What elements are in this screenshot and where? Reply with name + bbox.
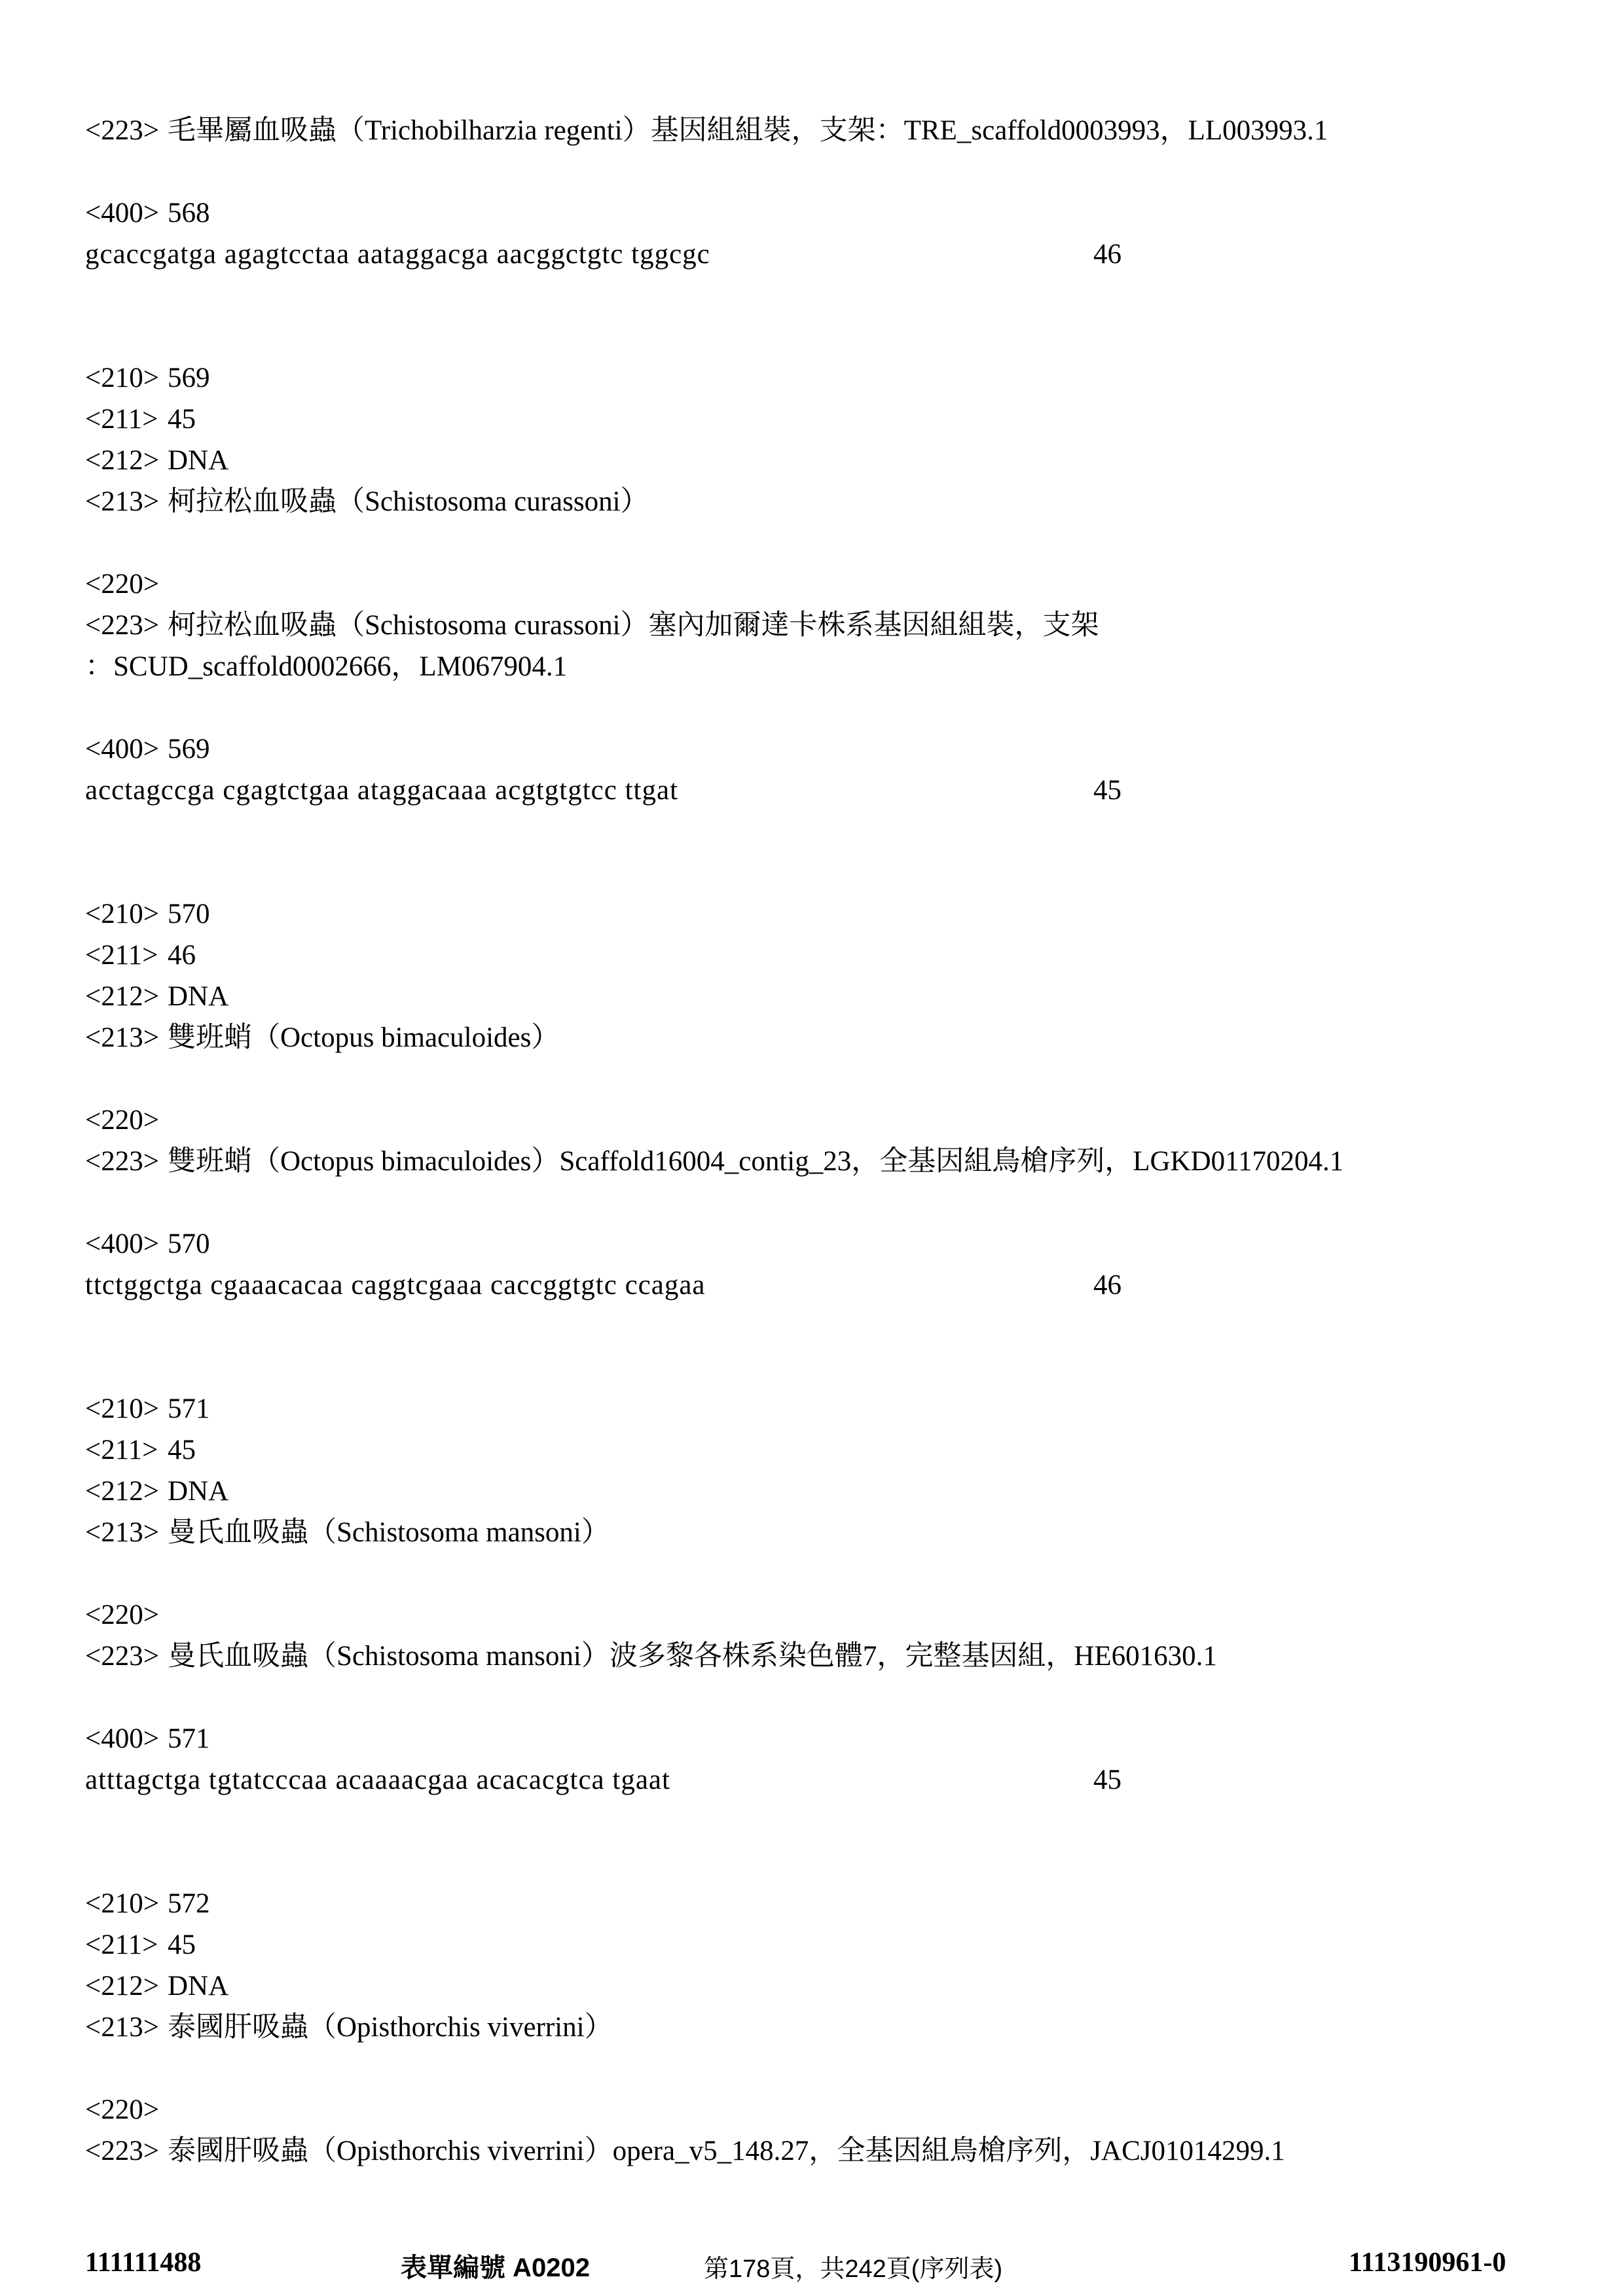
tag-line: <220> <box>85 1594 1552 1636</box>
tag-line: <211>46 <box>85 935 1552 976</box>
sequence-text: ttctggctga cgaaacacaa caggtcgaaa caccggt… <box>85 1270 706 1300</box>
tag-line: <220> <box>85 1100 1552 1141</box>
blank-line <box>85 1182 1552 1223</box>
numeric-identifier-tag: <223> <box>85 1636 168 1677</box>
line-text: 45 <box>168 1929 196 1960</box>
tag-line: <223>曼氏血吸蟲（Schistosoma mansoni）波多黎各株系染色體… <box>85 1636 1552 1677</box>
blank-line <box>85 2048 1552 2089</box>
sequence-length: 46 <box>1093 1265 1122 1306</box>
line-text: 45 <box>168 1435 196 1465</box>
line-text: ：SCUD_scaffold0002666，LM067904.1 <box>85 651 567 682</box>
line-text: 571 <box>168 1723 210 1754</box>
tag-line: <210>571 <box>85 1388 1552 1429</box>
line-text: DNA <box>168 1476 228 1507</box>
line-text: 572 <box>168 1888 210 1919</box>
numeric-identifier-tag: <220> <box>85 2089 168 2130</box>
tag-line: <212>DNA <box>85 976 1552 1017</box>
blank-line <box>85 1058 1552 1100</box>
numeric-identifier-tag: <213> <box>85 2007 168 2048</box>
numeric-identifier-tag: <212> <box>85 1965 168 2007</box>
tag-line: <213>柯拉松血吸蟲（Schistosoma curassoni） <box>85 481 1552 522</box>
tag-line: <210>572 <box>85 1883 1552 1924</box>
numeric-identifier-tag: <212> <box>85 440 168 481</box>
numeric-identifier-tag: <213> <box>85 1512 168 1553</box>
blank-line <box>85 1801 1552 1842</box>
numeric-identifier-tag: <223> <box>85 2130 168 2172</box>
line-text: 568 <box>168 198 210 228</box>
continuation-line: ：SCUD_scaffold0002666，LM067904.1 <box>85 646 1552 687</box>
numeric-identifier-tag: <212> <box>85 976 168 1017</box>
numeric-identifier-tag: <210> <box>85 893 168 935</box>
page-number-info: 第178頁，共242頁(序列表) <box>704 2248 1002 2284</box>
tag-line: <212>DNA <box>85 1965 1552 2007</box>
blank-line <box>85 1553 1552 1594</box>
line-text: 毛畢屬血吸蟲（Trichobilharzia regenti）基因組組裝，支架：… <box>168 115 1328 146</box>
numeric-identifier-tag: <223> <box>85 110 168 151</box>
line-text: 泰國肝吸蟲（Opisthorchis viverrini） <box>168 2012 613 2043</box>
document-number: 1113190961-0 <box>1349 2247 1506 2278</box>
tag-line: <212>DNA <box>85 440 1552 481</box>
numeric-identifier-tag: <210> <box>85 357 168 399</box>
numeric-identifier-tag: <220> <box>85 564 168 605</box>
tag-line: <213>雙班蛸（Octopus bimaculoides） <box>85 1017 1552 1058</box>
application-number: 111111488 <box>85 2247 201 2278</box>
tag-line: <213>曼氏血吸蟲（Schistosoma mansoni） <box>85 1512 1552 1553</box>
numeric-identifier-tag: <220> <box>85 1100 168 1141</box>
blank-line <box>85 1347 1552 1388</box>
sequence-text: atttagctga tgtatcccaa acaaaacgaa acacacg… <box>85 1765 670 1795</box>
tag-line: <211>45 <box>85 399 1552 440</box>
numeric-identifier-tag: <210> <box>85 1883 168 1924</box>
line-text: 曼氏血吸蟲（Schistosoma mansoni） <box>168 1517 610 1548</box>
tag-line: <220> <box>85 2089 1552 2130</box>
line-text: 569 <box>168 734 210 764</box>
line-text: 雙班蛸（Octopus bimaculoides） <box>168 1022 559 1053</box>
numeric-identifier-tag: <220> <box>85 1594 168 1636</box>
sequence-text: acctagccga cgagtctgaa ataggacaaa acgtgtg… <box>85 775 678 806</box>
numeric-identifier-tag: <210> <box>85 1388 168 1429</box>
tag-line: <212>DNA <box>85 1471 1552 1512</box>
numeric-identifier-tag: <211> <box>85 1429 168 1471</box>
line-text: 569 <box>168 363 210 393</box>
line-text: 46 <box>168 940 196 971</box>
tag-line: <400>568 <box>85 192 1552 234</box>
page-footer: 111111488 表單編號 A0202 第178頁，共242頁(序列表) 11… <box>0 2242 1623 2287</box>
tag-line: <210>570 <box>85 893 1552 935</box>
numeric-identifier-tag: <213> <box>85 481 168 522</box>
blank-line <box>85 811 1552 852</box>
tag-line: <211>45 <box>85 1429 1552 1471</box>
form-number-label: 表單編號 A0202 <box>401 2247 590 2284</box>
numeric-identifier-tag: <223> <box>85 1141 168 1182</box>
tag-line: <223>柯拉松血吸蟲（Schistosoma curassoni）塞內加爾達卡… <box>85 605 1552 646</box>
sequence-listing-content: <223>毛畢屬血吸蟲（Trichobilharzia regenti）基因組組… <box>85 110 1552 2172</box>
sequence-line: acctagccga cgagtctgaa ataggacaaa acgtgtg… <box>85 770 1552 811</box>
line-text: 曼氏血吸蟲（Schistosoma mansoni）波多黎各株系染色體7，完整基… <box>168 1641 1217 1672</box>
blank-line <box>85 852 1552 893</box>
sequence-text: gcaccgatga agagtcctaa aataggacga aacggct… <box>85 239 710 270</box>
sequence-line: atttagctga tgtatcccaa acaaaacgaa acacacg… <box>85 1759 1552 1801</box>
line-text: DNA <box>168 445 228 476</box>
numeric-identifier-tag: <211> <box>85 935 168 976</box>
tag-line: <210>569 <box>85 357 1552 399</box>
sequence-line: ttctggctga cgaaacacaa caggtcgaaa caccggt… <box>85 1265 1552 1306</box>
numeric-identifier-tag: <211> <box>85 399 168 440</box>
tag-line: <223>泰國肝吸蟲（Opisthorchis viverrini）opera_… <box>85 2130 1552 2172</box>
tag-line: <211>45 <box>85 1924 1552 1965</box>
blank-line <box>85 316 1552 357</box>
line-text: 45 <box>168 404 196 435</box>
line-text: 570 <box>168 1229 210 1259</box>
blank-line <box>85 522 1552 564</box>
tag-line: <223>毛畢屬血吸蟲（Trichobilharzia regenti）基因組組… <box>85 110 1552 151</box>
tag-line: <400>569 <box>85 728 1552 770</box>
line-text: 泰國肝吸蟲（Opisthorchis viverrini）opera_v5_14… <box>168 2136 1285 2166</box>
blank-line <box>85 687 1552 728</box>
line-text: DNA <box>168 981 228 1012</box>
blank-line <box>85 151 1552 192</box>
numeric-identifier-tag: <211> <box>85 1924 168 1965</box>
blank-line <box>85 1677 1552 1718</box>
tag-line: <213>泰國肝吸蟲（Opisthorchis viverrini） <box>85 2007 1552 2048</box>
sequence-line: gcaccgatga agagtcctaa aataggacga aacggct… <box>85 234 1552 275</box>
line-text: 柯拉松血吸蟲（Schistosoma curassoni）塞內加爾達卡株系基因組… <box>168 610 1099 641</box>
line-text: 571 <box>168 1393 210 1424</box>
line-text: 570 <box>168 899 210 929</box>
sequence-length: 45 <box>1093 770 1122 811</box>
line-text: DNA <box>168 1971 228 2001</box>
numeric-identifier-tag: <400> <box>85 192 168 234</box>
blank-line <box>85 1842 1552 1883</box>
tag-line: <400>571 <box>85 1718 1552 1759</box>
numeric-identifier-tag: <400> <box>85 728 168 770</box>
numeric-identifier-tag: <400> <box>85 1223 168 1265</box>
tag-line: <400>570 <box>85 1223 1552 1265</box>
sequence-length: 45 <box>1093 1759 1122 1801</box>
numeric-identifier-tag: <212> <box>85 1471 168 1512</box>
sequence-listing-page: <223>毛畢屬血吸蟲（Trichobilharzia regenti）基因組組… <box>0 0 1623 2296</box>
tag-line: <220> <box>85 564 1552 605</box>
tag-line: <223>雙班蛸（Octopus bimaculoides）Scaffold16… <box>85 1141 1552 1182</box>
numeric-identifier-tag: <400> <box>85 1718 168 1759</box>
numeric-identifier-tag: <223> <box>85 605 168 646</box>
line-text: 柯拉松血吸蟲（Schistosoma curassoni） <box>168 486 649 517</box>
blank-line <box>85 1306 1552 1347</box>
sequence-length: 46 <box>1093 234 1122 275</box>
numeric-identifier-tag: <213> <box>85 1017 168 1058</box>
blank-line <box>85 275 1552 316</box>
line-text: 雙班蛸（Octopus bimaculoides）Scaffold16004_c… <box>168 1146 1343 1177</box>
